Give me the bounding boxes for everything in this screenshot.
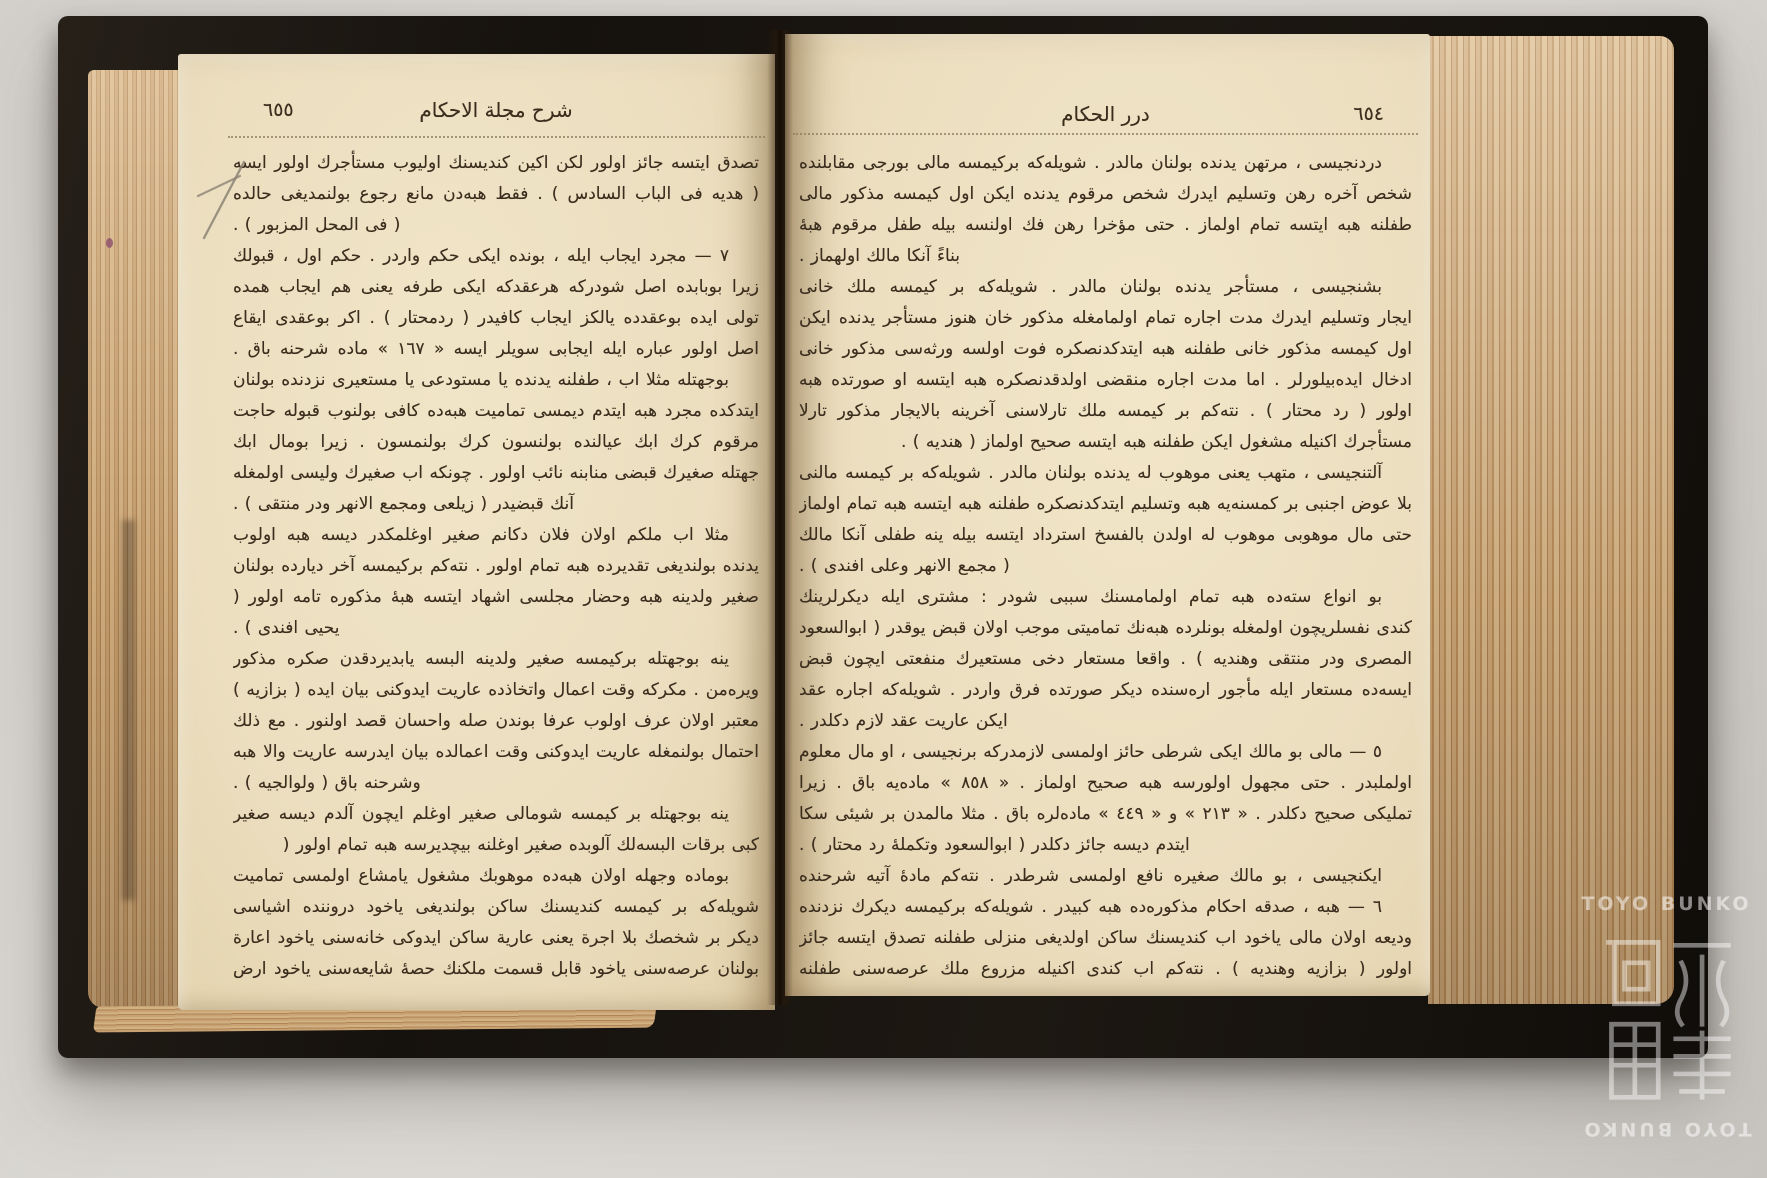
- text-line: احتمال بولنمغله عاريت ايدوكنى وقت اعمالد…: [233, 737, 759, 768]
- text-line: بولنان عرصه‌سنى ياخود قابل قسمت ملكنك حص…: [233, 954, 759, 985]
- text-line: ينه بوجهتله بر كيمسه شومالى صغير اوغلم ا…: [233, 799, 759, 830]
- text-line: شويله‌كه بر كيمسه كنديسنك ساكن بولنديغى …: [233, 892, 759, 923]
- gutter-shadow: [767, 30, 793, 1005]
- text-line: ايتدكده مجرد هبه ايتدم ديمسى تماميت هبه‌…: [233, 396, 759, 427]
- text-line: ( هديه فى الباب السادس ) . فقط هبه‌دن ما…: [233, 179, 759, 210]
- text-line: ايكنجيسى ، بو مالك صغيره نافع اولمسى شرط…: [799, 861, 1412, 892]
- text-line: ايجار وتسليم ايدرك مدت اجاره تمام اولمام…: [799, 303, 1412, 334]
- text-line: ادخال ايده‌بيلورلر . اما مدت اجاره منقضى…: [799, 365, 1412, 396]
- text-line: حتى مال موهوبى موهوب له اولدن بالفسخ است…: [799, 520, 1412, 551]
- text-line: ايسه‌ده مستعار ايله مأجور اره‌سنده ديكر …: [799, 675, 1412, 706]
- text-line: ٧ — مجرد ايجاب ايله ، بونده ايكى حكم وار…: [233, 241, 759, 272]
- right-fore-edge: [1428, 36, 1674, 1004]
- text-line: ( مجمع الانهر وعلى افندى ) .: [799, 551, 1412, 582]
- text-line: بشنجيسى ، مستأجر يدنده بولنان مالدر . شو…: [799, 272, 1412, 303]
- text-line: يحيى افندى ) .: [233, 613, 759, 644]
- text-line: ينه بوجهتله بركيمسه صغير ولدينه البسه يا…: [233, 644, 759, 675]
- page-header: ٦٥٥ شرح مجلة الاحكام: [233, 98, 759, 132]
- fore-edge-mark: [106, 238, 113, 248]
- text-line: ٦ — هبه ، صدقه احكام مذكوره‌ده هبه كبيدر…: [799, 892, 1412, 923]
- text-line: اولور ( بزازيه وهنديه ) . نته‌كم اب كندى…: [799, 954, 1412, 985]
- text-line: كندى نفسلريچون اولمغله بونلرده هبه‌نك تم…: [799, 613, 1412, 644]
- pencil-mark: [192, 156, 260, 248]
- text-line: ويره‌من . مكركه وقت اعمال واتخاذده عاريت…: [233, 675, 759, 706]
- text-line: دردنجيسى ، مرتهن يدنده بولنان مالدر . شو…: [799, 148, 1412, 179]
- text-line: طفلنه هبه ايتسه تمام اولماز . حتى مؤخرا …: [799, 210, 1412, 241]
- left-fore-edge: [88, 70, 184, 1008]
- text-line: معتبر اولان عرف اولوب عرفا بوندن صله واح…: [233, 706, 759, 737]
- text-line: ايتدم ديسه جائز دكلدر ( ابوالسعود وتكمله…: [799, 830, 1412, 861]
- page-number: ٦٥٤: [1353, 103, 1384, 125]
- text-line: تولى ايده بوعقدده يالكز ايجاب كافيدر ( ر…: [233, 303, 759, 334]
- book-page-right: ٦٥٤ درر الحكام دردنجيسى ، مرتهن يدنده بو…: [785, 34, 1430, 996]
- page-text: تصدق ايتسه جائز اولور لكن اكين كنديسنك ا…: [233, 148, 759, 985]
- text-line: بوماده وجهله اولان هبه‌ده موهوبك مشغول ي…: [233, 861, 759, 892]
- page-number: ٦٥٥: [263, 99, 294, 121]
- text-line: اصل اولور عباره ايله ايجابى سويلر ايسه «…: [233, 334, 759, 365]
- text-line: وديعه اولان مالى ياخود اب كنديسنك ساكن ا…: [799, 923, 1412, 954]
- watermark-text-bottom: TOYO BUNKO: [1566, 1118, 1767, 1140]
- text-line: بناءً آنكا مالك اولهماز .: [799, 241, 1412, 272]
- text-line: زيرا بوبابده اصل شودركه هرعقدكه ايكى طرف…: [233, 272, 759, 303]
- text-line: المصرى ودر منتقى وهنديه ) . واقعا مستعار…: [799, 644, 1412, 675]
- page-text: دردنجيسى ، مرتهن يدنده بولنان مالدر . شو…: [799, 148, 1412, 985]
- text-line: بو انواع سته‌ده هبه تمام اولمامسنك سببى …: [799, 582, 1412, 613]
- toyo-bunko-watermark: TOYO BUNKO TOYO BUNKO: [1566, 893, 1767, 1140]
- text-line: مرقوم كرك ابك عيالنده بولنسون كرك بولنمس…: [233, 427, 759, 458]
- header-rule: [793, 133, 1418, 135]
- text-line: آلتنجيسى ، متهب يعنى موهوب له يدنده بولن…: [799, 458, 1412, 489]
- text-line: تمليكى صحيح دكلدر . « ٢١٣ » و « ٤٤٩ » ما…: [799, 799, 1412, 830]
- text-line: ٥ — مالى بو مالك ايكى شرطى حائز اولمسى ل…: [799, 737, 1412, 768]
- text-line: بلا عوض اجنبى بر كمسنه‌يه هبه وتسليم ايت…: [799, 489, 1412, 520]
- text-line: كبى برقات البسه‌لك آلوبده صغير اوغلنه بي…: [233, 830, 759, 861]
- text-line: اول كيمسه مذكور خانى طفلنه هبه ايتدكدنصك…: [799, 334, 1412, 365]
- fore-edge-stain: [122, 520, 135, 900]
- page-header: ٦٥٤ درر الحكام: [799, 102, 1412, 136]
- text-line: مثلا اب ملكم اولان فلان دكانم صغير اوغلم…: [233, 520, 759, 551]
- photo-background: ٦٥٥ شرح مجلة الاحكام تصدق ايتسه جائز اول…: [0, 0, 1767, 1178]
- book-page-left: ٦٥٥ شرح مجلة الاحكام تصدق ايتسه جائز اول…: [178, 54, 775, 1010]
- header-rule: [228, 136, 765, 138]
- text-line: اولور ( رد محتار ) . نته‌كم بر كيمسه ملك…: [799, 396, 1412, 427]
- text-line: جهتله صغيرك قبضى منابنه نائب اولور . چون…: [233, 458, 759, 489]
- page-header-title: شرح مجلة الاحكام: [233, 98, 759, 122]
- watermark-seal-icon: [1592, 919, 1742, 1109]
- text-line: شخص آخره رهن وتسليم ايدرك شخص مرقوم يدند…: [799, 179, 1412, 210]
- text-line: ديكر بر شخصك بلا اجرة يعنى عارية ساكن اي…: [233, 923, 759, 954]
- text-line: وشرحنه باق ( ولوالجيه ) .: [233, 768, 759, 799]
- text-line: بوجهتله مثلا اب ، طفلنه يدنده يا مستودعى…: [233, 365, 759, 396]
- text-line: تصدق ايتسه جائز اولور لكن اكين كنديسنك ا…: [233, 148, 759, 179]
- text-line: ( فى المحل المزبور ) .: [233, 210, 759, 241]
- text-line: اولملبدر . حتى مجهول اولورسه هبه صحيح او…: [799, 768, 1412, 799]
- text-line: يدنده بولنديغى تقديرده هبه تمام اولور . …: [233, 551, 759, 582]
- text-line: صغير ولدينه هبه وحضار مجلسى اشهاد ايتسه …: [233, 582, 759, 613]
- text-line: ايكن عاريت عقد لازم دكلدر .: [799, 706, 1412, 737]
- watermark-text-top: TOYO BUNKO: [1566, 893, 1767, 915]
- text-line: آنك قبضيدر ( زيلعى ومجمع الانهر ودر منتق…: [233, 489, 759, 520]
- page-header-title: درر الحكام: [799, 102, 1412, 126]
- text-line: مستأجرك اكنيله مشغول ايكن طفلنه هبه ايتس…: [799, 427, 1412, 458]
